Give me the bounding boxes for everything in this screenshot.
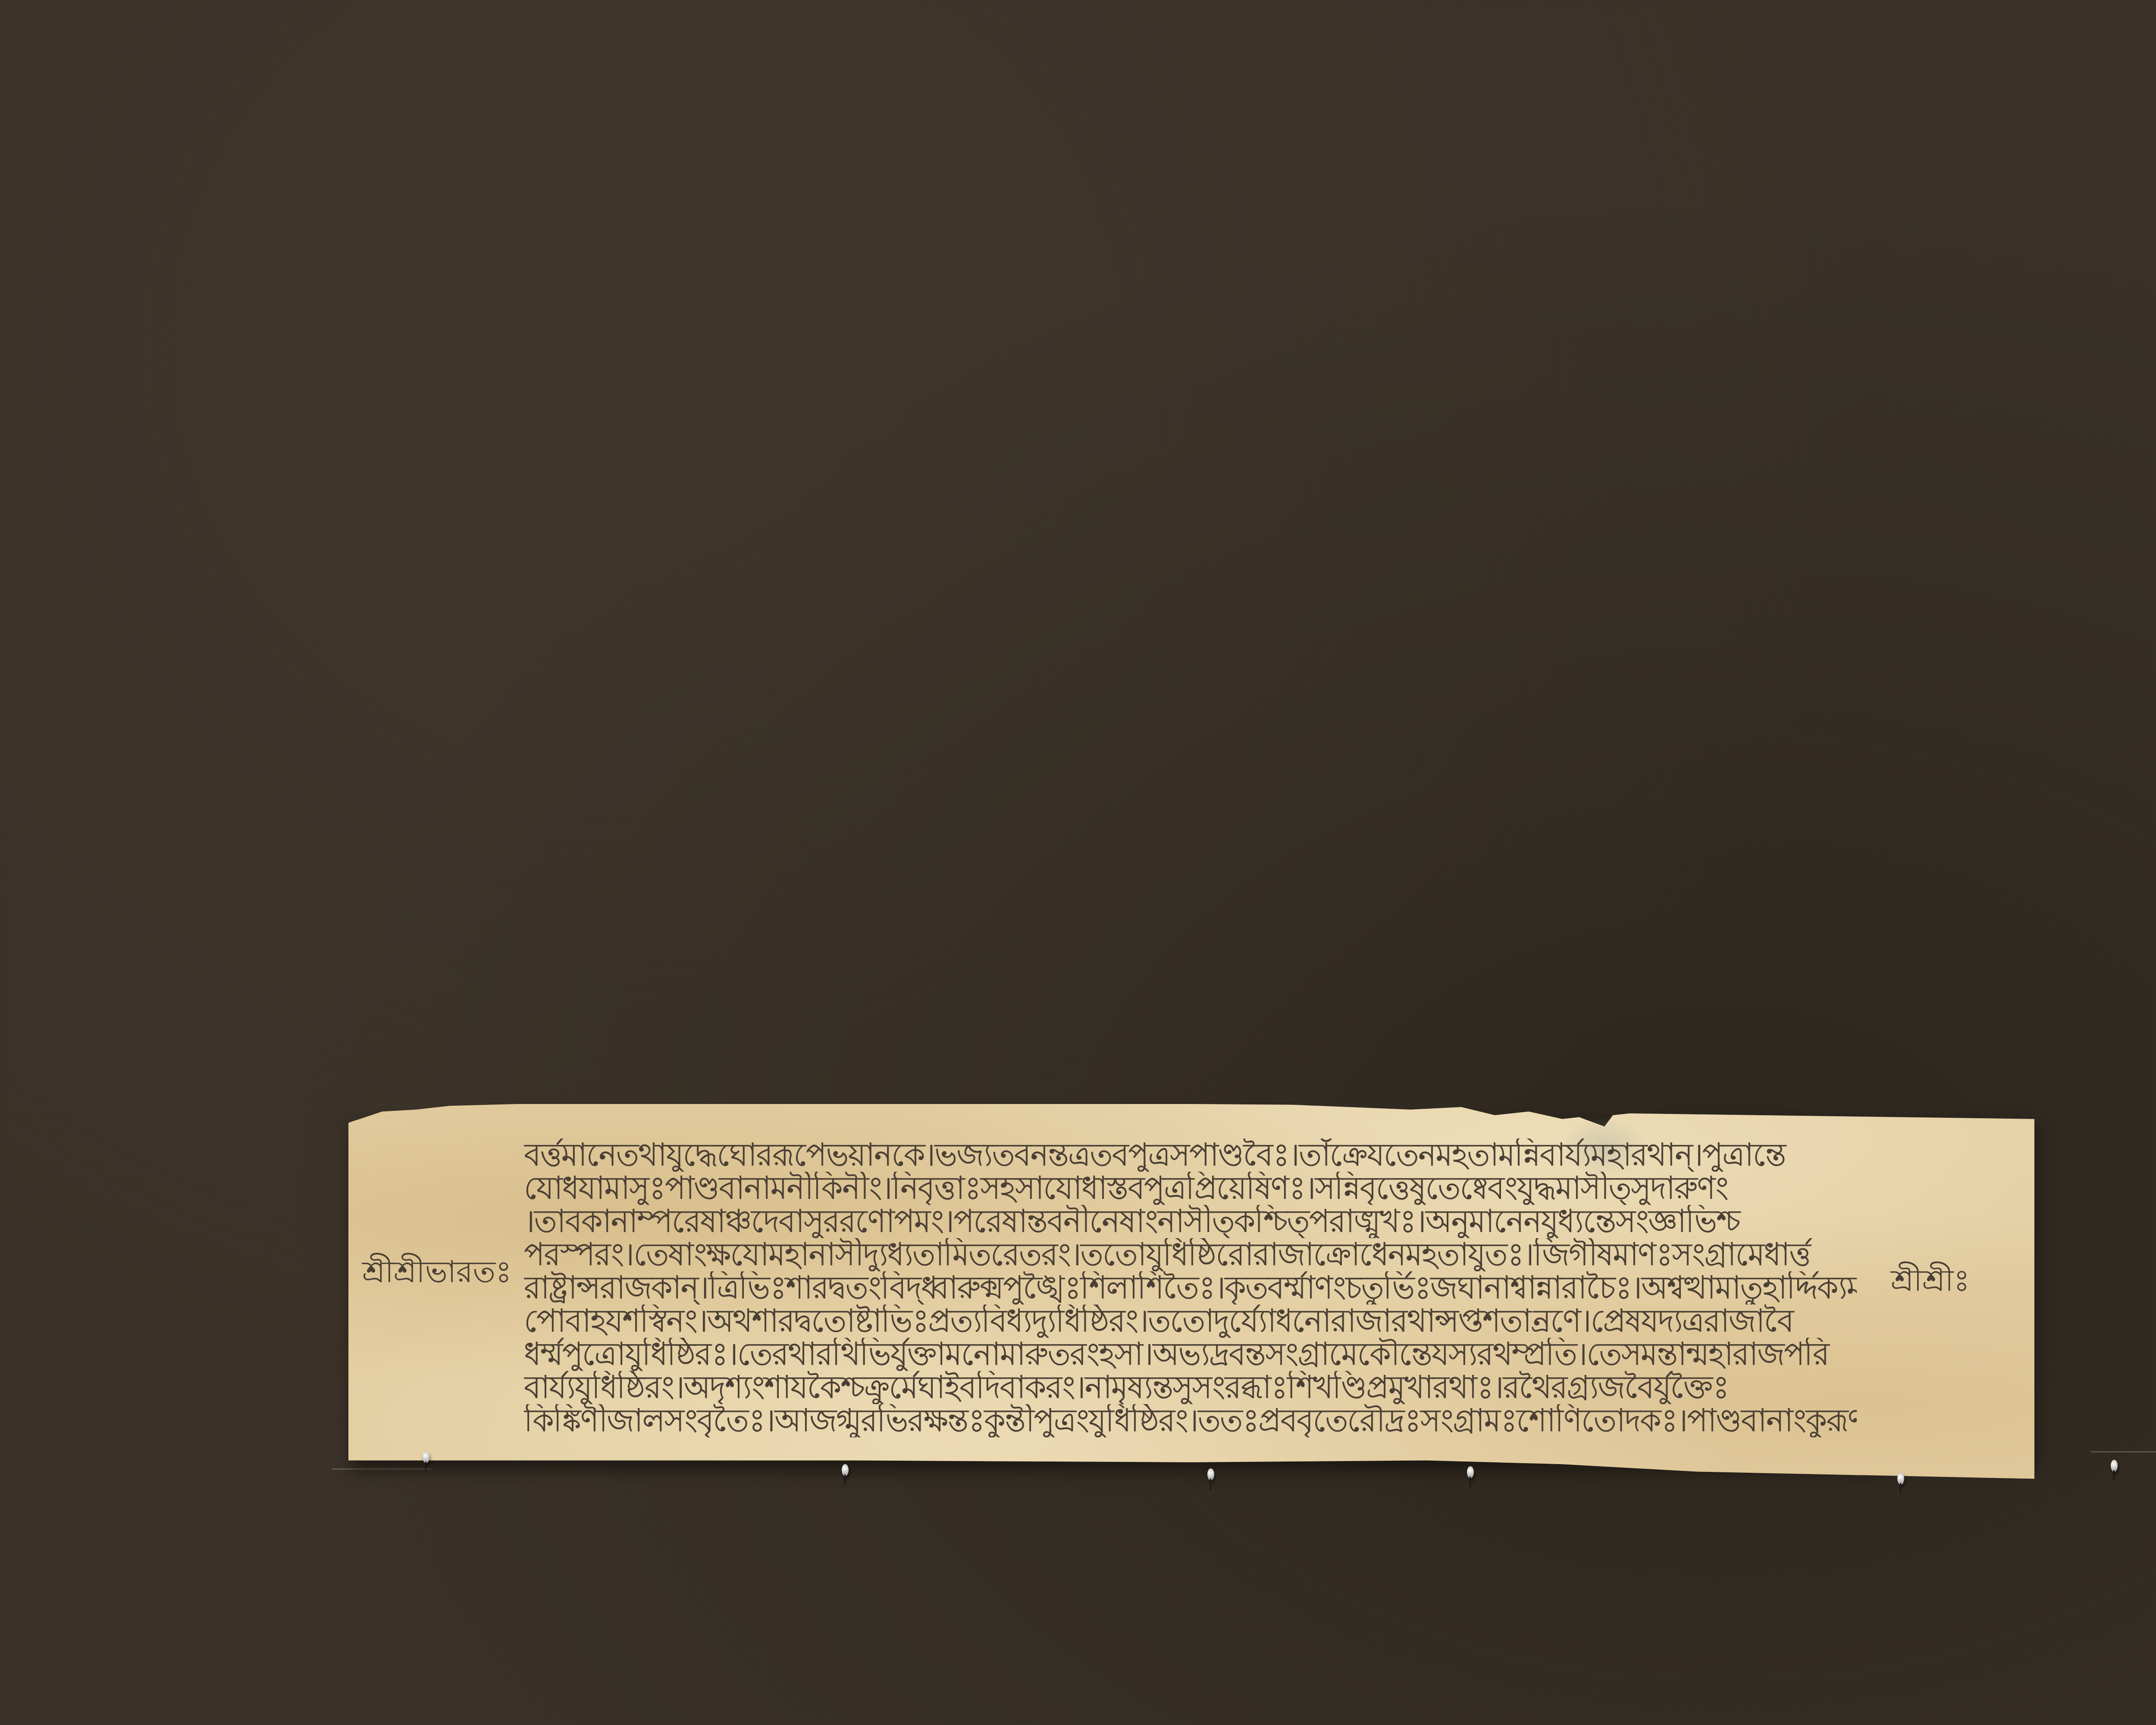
text-line: বর্ত্তমানেতথাযুদ্ধেঘোররূপেভয়ানকে।ভজ্যতব… [524, 1138, 1857, 1172]
margin-title-right: শ্রীশ্রীঃ [1891, 1257, 1970, 1308]
text-line: ।তাবকানাম্পরেষাঞ্চদেবাসুররণোপমং।পরেষান্ত… [524, 1205, 1857, 1238]
mounting-pin [842, 1464, 849, 1476]
margin-title-left: শ্রীশ্রীভারতঃ [362, 1248, 511, 1299]
mounting-pin [423, 1451, 429, 1463]
text-line: পোবাহযশস্বিনং।অথশারদ্বতোষ্টাভিঃপ্রত্যবিধ… [524, 1305, 1857, 1338]
mounting-pin [1207, 1468, 1214, 1480]
text-line: কিঙ্কিণীজালসংবৃতৈঃ।আজগ্মুরভিরক্ষন্তঃকুন্… [524, 1404, 1857, 1437]
manuscript-text: বর্ত্তমানেতথাযুদ্ধেঘোররূপেভয়ানকে।ভজ্যতব… [524, 1138, 1857, 1437]
display-board: শ্রীশ্রীভারতঃ শ্রীশ্রীঃ বর্ত্তমানেতথাযুদ… [0, 0, 2156, 1725]
mounting-pin [1897, 1473, 1904, 1485]
mounting-pin [1467, 1466, 1474, 1478]
mount-edge-right [2091, 1451, 2156, 1452]
text-line: বার্য্যযুধিষ্ঠিরং।অদৃশ্যংশাযকৈশ্চক্রুর্ম… [524, 1371, 1857, 1404]
mounting-pin [2111, 1460, 2118, 1472]
text-line: রাষ্ট্রান্সরাজকান্।ত্রিভিঃশারদ্বতংবিদ্ধ্… [524, 1271, 1857, 1305]
text-line: পরস্পরং।তেষাংক্ষযোমহানাসীদ্যুধ্যতামিতরেত… [524, 1238, 1857, 1271]
text-line: ধর্ম্মপুত্রোযুধিষ্ঠিরঃ।তেরথারথিভির্যুক্ত… [524, 1338, 1857, 1371]
text-line: যোধযামাসুঃপাণ্ডবানামনীকিনীং।নিবৃত্তাঃসহস… [524, 1172, 1857, 1205]
